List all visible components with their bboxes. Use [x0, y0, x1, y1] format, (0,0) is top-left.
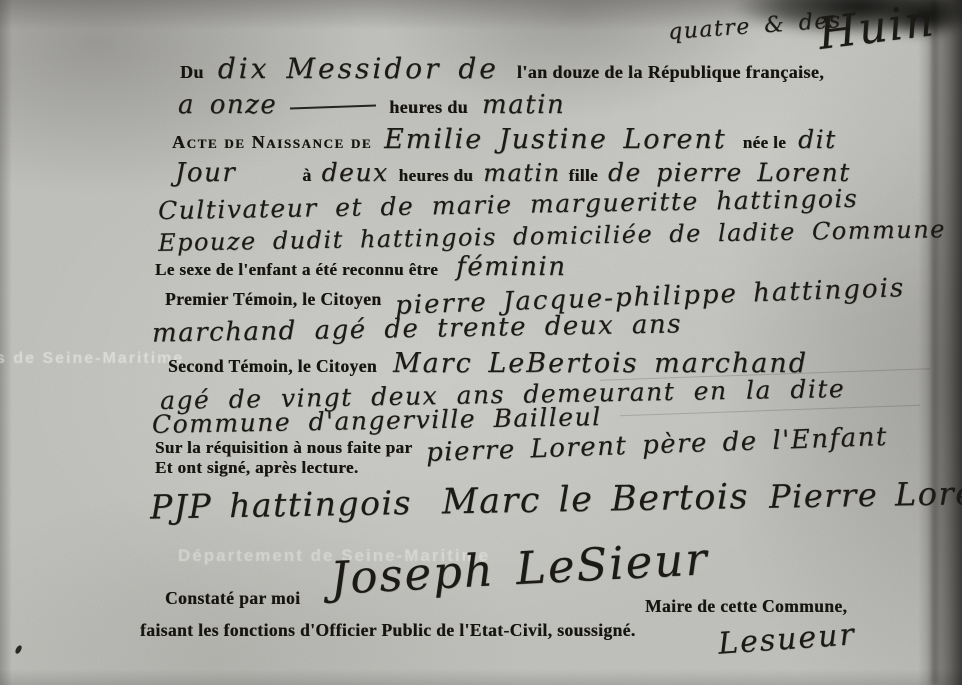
constate-line: Constaté par moi — [165, 588, 300, 609]
archive-watermark-left: s de Seine-Maritime — [0, 350, 184, 368]
marginalia-flourish-text: Huin — [815, 0, 937, 60]
signature-lebertois: Marc le Bertois — [442, 477, 750, 522]
handwritten-mayor-signature: Lesueur — [717, 617, 857, 662]
handwritten-child-name: Emilie Justine Lorent — [384, 124, 727, 155]
handwritten-witness2-name: Marc LeBertois marchand — [393, 348, 808, 379]
hour-line: a onze heures du matin — [178, 90, 565, 120]
witness2-line: Second Témoin, le Citoyen Marc LeBertois… — [168, 348, 808, 379]
scanned-birth-record-page: s de Seine-Maritime Département de Seine… — [0, 0, 962, 685]
page-edge-streak — [931, 0, 938, 685]
signature-lorent: Pierre Lorent — [769, 473, 962, 515]
handwritten-sex-value: féminin — [456, 252, 566, 282]
mayor-name-handwritten: Joseph LeSieur — [329, 532, 710, 605]
printed-witness2-label: Second Témoin, le Citoyen — [168, 356, 377, 376]
sex-line: Le sexe de l'enfant a été reconnu être f… — [155, 252, 567, 282]
signature-hattingois: PJP hattingois — [150, 483, 413, 527]
date-line: Du dix Messidor de l'an douze de la Répu… — [180, 52, 824, 85]
printed-heures-du-2: heures du — [399, 166, 474, 185]
witness1-line: Premier Témoin, le Citoyen pierre Jacque… — [165, 282, 906, 312]
printed-fille: fille — [569, 166, 598, 185]
requisition-line: Sur la réquisition à nous faite par pier… — [155, 430, 888, 460]
handwritten-period-2: matin — [483, 159, 560, 187]
printed-du: Du — [180, 62, 204, 82]
functions-line: faisant les fonctions d'Officier Public … — [140, 620, 636, 641]
signed-line: Et ont signé, après lecture. — [155, 458, 359, 478]
paper-shading-left — [0, 0, 12, 685]
page-binding-edge — [918, 0, 962, 685]
handwritten-date: dix Messidor de — [218, 52, 499, 85]
acte-line: Acte de Naissance de Emilie Justine Lore… — [172, 124, 837, 155]
printed-heures-du: heures du — [389, 97, 468, 117]
printed-year: l'an douze de la République française, — [517, 62, 824, 82]
printed-constate-label: Constaté par moi — [165, 588, 300, 608]
birth-detail-line: Jour à deux heures du matin fille de pie… — [175, 158, 851, 188]
mayor-signature: Lesueur — [717, 617, 857, 662]
handwritten-birth-hour: deux — [322, 158, 389, 187]
handwritten-period: matin — [482, 90, 565, 120]
printed-nee-le: née le — [743, 133, 786, 152]
paper-shading-bottom — [0, 669, 962, 685]
handwritten-father-name: de pierre Lorent — [608, 158, 851, 187]
printed-functions-text: faisant les fonctions d'Officier Public … — [140, 620, 636, 640]
printed-acte-label: Acte de Naissance de — [172, 132, 372, 152]
handwritten-dit: dit — [798, 125, 837, 154]
printed-a: à — [302, 165, 311, 185]
faint-ruled-line — [620, 405, 920, 416]
ink-speck — [14, 644, 22, 654]
maire-line: Maire de cette Commune, — [645, 596, 847, 617]
marginalia-flourish: Huin — [815, 0, 937, 60]
printed-signed-label: Et ont signé, après lecture. — [155, 458, 359, 477]
handwritten-mayor-name: Joseph LeSieur — [329, 532, 710, 605]
printed-requisition-label: Sur la réquisition à nous faite par — [155, 438, 412, 457]
handwritten-filler-stroke — [290, 104, 376, 109]
printed-witness1-label: Premier Témoin, le Citoyen — [165, 289, 381, 309]
printed-maire-suffix: Maire de cette Commune, — [645, 596, 847, 616]
handwritten-witness1-cont: marchand agé de trente deux ans — [152, 309, 682, 348]
handwritten-hour: a onze — [178, 90, 277, 120]
witness1-continuation: marchand agé de trente deux ans — [152, 309, 682, 348]
handwritten-jour: Jour — [175, 158, 236, 188]
signatures-row: PJP hattingois Marc le Bertois Pierre Lo… — [150, 472, 962, 527]
printed-sex-label: Le sexe de l'enfant a été reconnu être — [155, 260, 438, 279]
